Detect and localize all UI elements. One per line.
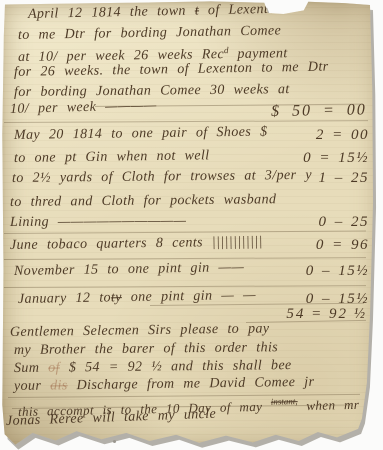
order-line-4-erased-word: dis	[50, 378, 68, 393]
order-line-1-text: Gentlemen Selecmen Sirs please to pay	[10, 321, 270, 340]
entry-row: May 20 1814 to one pair of Shoes $ 2 = 0…	[0, 127, 383, 147]
april-line-6: 10/ per week ————	[10, 97, 157, 118]
entry-amount: 1 – 25	[319, 170, 370, 187]
dust-speck	[113, 440, 116, 443]
april-line-1-text-b: of Lexenton	[199, 2, 283, 19]
entry-text: Lining ——————————	[10, 212, 187, 231]
entry-row: to one pt Gin when not well 0 = 15½	[0, 150, 383, 170]
entry-text: November 15 to one pint gin ——	[14, 259, 244, 280]
order-line-2: my Brother the barer of this order this	[14, 339, 278, 359]
april-line-1-text: April 12 1814 the town	[28, 4, 195, 22]
april-line-2-text: to me Dtr for bording Jonathan Comee	[18, 23, 281, 43]
order-line-1: Gentlemen Selecmen Sirs please to pay	[10, 320, 270, 341]
entry-text: June tobaco quarters 8 cents |||||||||||…	[10, 233, 263, 254]
entry-row: to thred and Cloth for pockets wasband	[0, 194, 383, 214]
order-line-4-text-b: Discharge from me David Comee jr	[68, 375, 315, 393]
order-line-4-text: your	[14, 378, 50, 394]
entry-amount: 0 = 15½	[303, 150, 369, 167]
manuscript-paper: April 12 1814 the town t of Lexenton to …	[0, 0, 383, 450]
entry-text: January 12 to	[18, 290, 111, 307]
entry-row: November 15 to one pint gin —— 0 – 15½	[0, 263, 383, 283]
order-line-3-text-b: $ 54 = 92 ½ and this shall bee	[60, 358, 292, 375]
entry-struck-word: ty	[111, 290, 122, 305]
entry-text: to one pt Gin when not well	[14, 147, 210, 167]
entry-text: to thred and Cloth for pockets wasband	[10, 191, 277, 211]
order-line-2-text: my Brother the barer of this order this	[14, 340, 278, 358]
april-line-1: April 12 1814 the town t of Lexenton	[28, 1, 283, 23]
entry-row: to 2½ yards of Cloth for trowses at 3/pe…	[0, 170, 383, 190]
entry-row: June tobaco quarters 8 cents |||||||||||…	[0, 237, 383, 257]
entry-text: May 20 1814 to one pair of Shoes $	[14, 123, 268, 144]
order-line-3-erased-word: of	[48, 361, 60, 376]
entry-text: to 2½ yards of Cloth for trowses at 3/pe…	[12, 167, 312, 187]
entry-amount: 2 = 00	[316, 127, 369, 144]
april-line-2: to me Dtr for bording Jonathan Comee	[18, 22, 281, 44]
april-line-6-text: 10/ per week ————	[10, 98, 157, 117]
entry-amount: 0 – 15½	[306, 263, 369, 280]
photo-background: April 12 1814 the town t of Lexenton to …	[0, 0, 383, 450]
entry-amount: 0 – 25	[319, 214, 370, 231]
entry-amount: 0 = 96	[316, 237, 369, 254]
entry-text-b: one pint gin — —	[122, 288, 256, 305]
april-line-4-text: for 26 weeks. the town of Lexenton to me…	[14, 60, 329, 80]
rule-line	[4, 120, 368, 123]
order-line-3-text: Sum	[14, 361, 48, 376]
order-line-4: your dis Discharge from me David Comee j…	[14, 374, 315, 395]
